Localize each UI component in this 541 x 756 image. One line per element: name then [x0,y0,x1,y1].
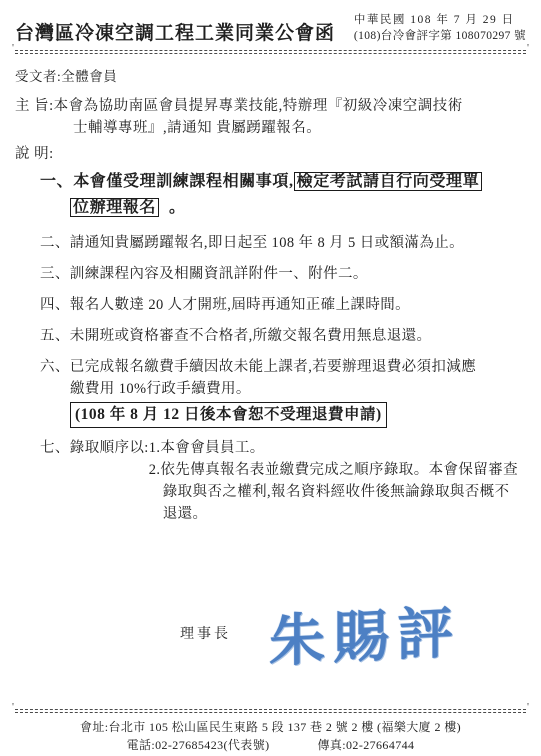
letter-header: 台灣區冷凍空調工程工業同業公會函 中華民國 108 年 7 月 29 日 (10… [15,8,526,45]
item6-text-line2: 繳費用 10%行政手續費用。 [70,381,251,397]
item7-sublist: 1.本會會員員工。 2.依先傳真報名表並繳費完成之順序錄取。本會保留審查錄取與否… [149,437,521,525]
item7-label: 七、錄取順序以: [40,437,149,525]
refund-deadline-box: (108 年 8 月 12 日後本會恕不受理退費申請) [70,402,387,428]
chairman-title: 理事長 [180,623,231,643]
chairman-signature-stamp: 朱賜評 [269,588,461,678]
item7-sub-2: 2.依先傳真報名表並繳費完成之順序錄取。本會保留審查錄取與否之權利,報名資料經收… [149,459,521,525]
footer-divider [15,709,526,713]
item1-boxed-emphasis-2: 位辦理報名 [70,198,159,217]
item1-suffix: 。 [169,199,186,216]
explanation-item-2: 二、請通知貴屬踴躍報名,即日起至 108 年 8 月 5 日或額滿為止。 [40,232,526,254]
letter-date: 中華民國 108 年 7 月 29 日 [354,12,526,28]
recipient-line: 受文者:全體會員 [15,65,526,85]
letter-footer: 會址:台北市 105 松山區民生東路 5 段 137 巷 2 號 2 樓 (福樂… [0,709,541,754]
footer-contacts: 電話:02-27685423(代表號) 傳真:02-27664744 [12,736,529,754]
letter-ref-number: (108)台冷會評字第 108070297 號 [354,28,526,44]
footer-phone: 電話:02-27685423(代表號) [127,736,270,754]
letter-content: 台灣區冷凍空調工程工業同業公會函 中華民國 108 年 7 月 29 日 (10… [0,0,541,679]
letter-page: 台灣區冷凍空調工程工業同業公會函 中華民國 108 年 7 月 29 日 (10… [0,0,541,756]
header-meta: 中華民國 108 年 7 月 29 日 (108)台冷會評字第 10807029… [354,12,526,45]
explanation-item-4: 四、報名人數達 20 人才開班,屆時再通知正確上課時間。 [40,294,526,316]
explanation-item-5: 五、未開班或資格審查不合格者,所繳交報名費用無息退還。 [40,325,526,347]
subject-line: 主 旨:本會為協助南區會員提昇專業技能,特辦理『初級冷凍空調技術士輔導專班』,請… [15,95,526,139]
explanation-label: 說 明: [15,142,526,163]
explanation-item-6: 六、已完成報名繳費手續因故未能上課者,若要辦理退費必須扣減應繳費用 10%行政手… [40,356,526,428]
footer-address: 會址:台北市 105 松山區民生東路 5 段 137 巷 2 號 2 樓 (福樂… [12,718,529,736]
item1-boxed-emphasis-1: 檢定考試請自行向受理單 [294,172,483,191]
letter-title: 台灣區冷凍空調工程工業同業公會函 [15,8,335,45]
footer-fax: 傳真:02-27664744 [318,736,415,754]
signature-row: 理事長 朱賜評 [180,587,526,679]
item1-prefix: 一、本會僅受理訓練課程相關事項, [40,173,294,190]
header-divider [15,50,526,54]
item6-text-line1: 六、已完成報名繳費手續因故未能上課者,若要辦理退費必須扣減應 [40,359,476,375]
item7-sub-1: 1.本會會員員工。 [149,437,521,459]
subject-text-line1: 主 旨:本會為協助南區會員提昇專業技能,特辦理『初級冷凍空調技術 [15,98,463,114]
explanation-item-1: 一、本會僅受理訓練課程相關事項,檢定考試請自行向受理單位辦理報名。 [40,169,526,221]
explanation-item-7: 七、錄取順序以: 1.本會會員員工。 2.依先傳真報名表並繳費完成之順序錄取。本… [40,437,526,525]
explanation-item-3: 三、訓練課程內容及相關資訊詳附件一、附件二。 [40,263,526,285]
subject-text-line2: 士輔導專班』,請通知 貴屬踴躍報名。 [73,120,321,136]
explanation-items: 一、本會僅受理訓練課程相關事項,檢定考試請自行向受理單位辦理報名。 二、請通知貴… [15,169,526,525]
